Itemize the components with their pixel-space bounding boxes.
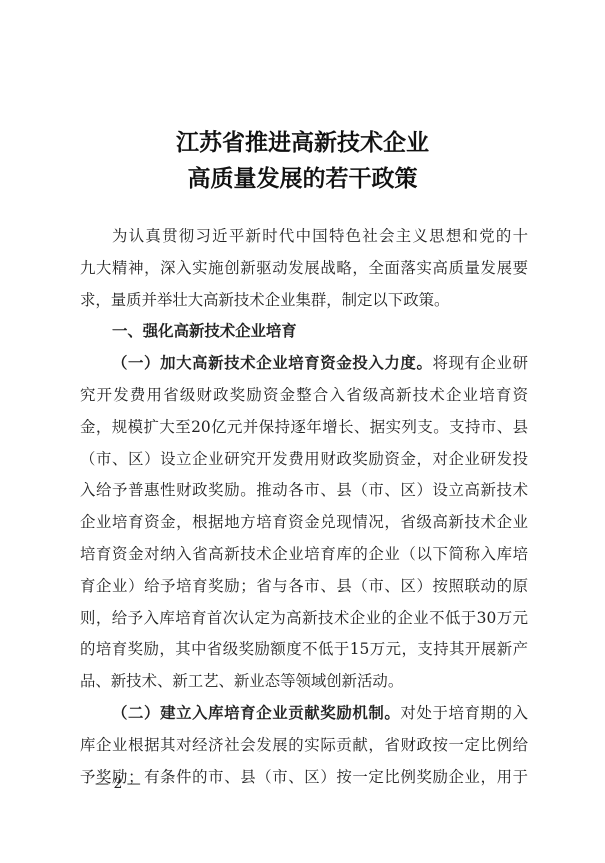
item-2-first-line-rest: 对处于培育期的入	[400, 704, 528, 722]
paragraph-line: 库企业根据其对经济社会发展的实际贡献，省财政按一定比例给	[80, 730, 528, 762]
paragraph-line: 究开发费用省级财政奖励资金整合入省级高新技术企业培育资	[80, 380, 528, 412]
page-number: — 2 —	[95, 776, 141, 792]
paragraph-line: 企业培育资金，根据地方培育资金兑现情况，省级高新技术企业	[80, 507, 528, 539]
section-heading: 一、强化高新技术企业培育	[80, 316, 528, 348]
paragraph-line: 的培育奖励，其中省级奖励额度不低于15万元，支持其开展新产	[80, 634, 528, 666]
paragraph-line: （市、区）设立企业研究开发费用财政奖励资金，对企业研发投	[80, 444, 528, 476]
intro-line: 求，量质并举壮大高新技术企业集群，制定以下政策。	[80, 285, 528, 317]
document-title-line-2: 高质量发展的若干政策	[0, 160, 605, 193]
paragraph-line: 培育资金对纳入省高新技术企业培育库的企业（以下简称入库培	[80, 539, 528, 571]
paragraph-line: 入给予普惠性财政奖励。推动各市、县（市、区）设立高新技术	[80, 475, 528, 507]
paragraph-line: 育企业）给予培育奖励；省与各市、县（市、区）按照联动的原	[80, 571, 528, 603]
paragraph-line: 则，给予入库培育首次认定为高新技术企业的企业不低于30万元	[80, 603, 528, 635]
intro-line: 为认真贯彻习近平新时代中国特色社会主义思想和党的十	[80, 221, 528, 253]
item-1-first-line: （一）加大高新技术企业培育资金投入力度。将现有企业研	[80, 348, 528, 380]
item-2-first-line: （二）建立入库培育企业贡献奖励机制。对处于培育期的入	[80, 698, 528, 730]
item-1-first-line-rest: 将现有企业研	[432, 354, 528, 372]
item-1-heading: （一）加大高新技术企业培育资金投入力度。	[112, 354, 432, 372]
intro-line: 九大精神，深入实施创新驱动发展战略，全面落实高质量发展要	[80, 253, 528, 285]
paragraph-line: 品、新技术、新工艺、新业态等领域创新活动。	[80, 666, 528, 698]
document-page: 江苏省推进高新技术企业 高质量发展的若干政策 为认真贯彻习近平新时代中国特色社会…	[0, 0, 605, 863]
paragraph-line: 予奖励；有条件的市、县（市、区）按一定比例奖励企业，用于	[80, 762, 528, 794]
paragraph-line: 金，规模扩大至20亿元并保持逐年增长、据实列支。支持市、县	[80, 412, 528, 444]
document-title-line-1: 江苏省推进高新技术企业	[0, 124, 605, 157]
document-body: 为认真贯彻习近平新时代中国特色社会主义思想和党的十 九大精神，深入实施创新驱动发…	[80, 221, 528, 793]
item-2-heading: （二）建立入库培育企业贡献奖励机制。	[112, 704, 400, 722]
